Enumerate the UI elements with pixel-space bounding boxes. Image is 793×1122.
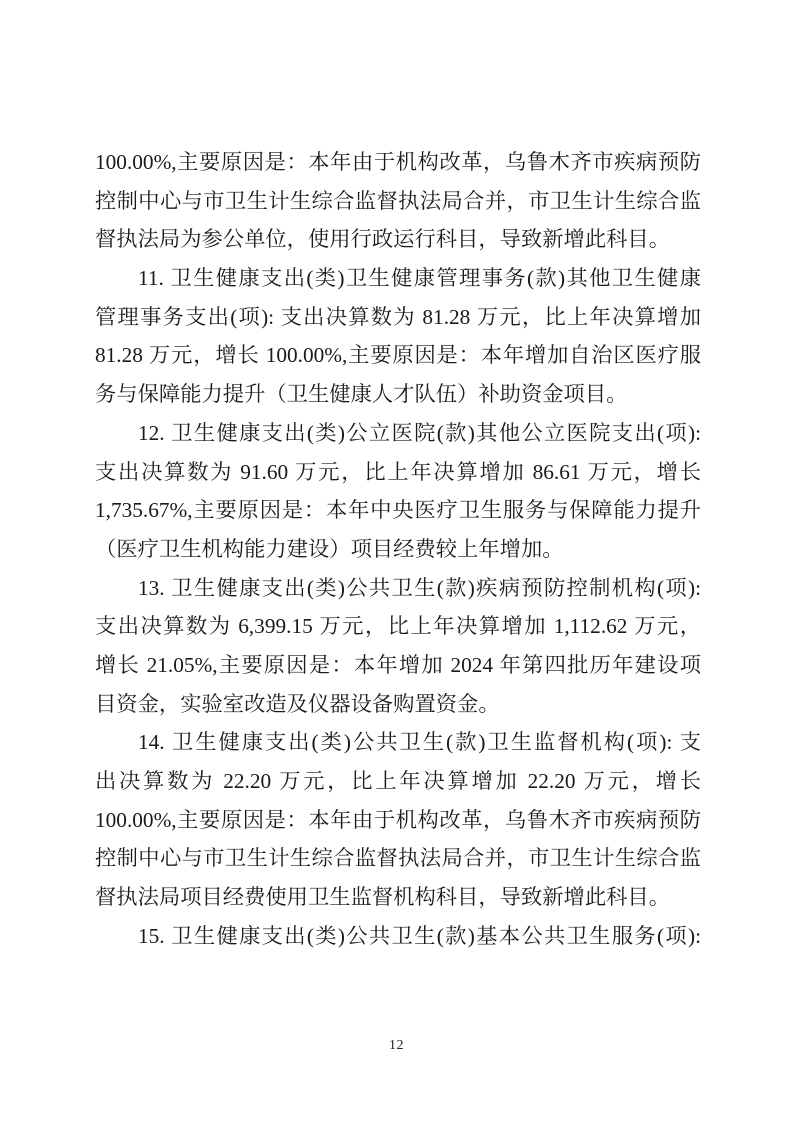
- text-line: 81.28 万元，增长 100.00%,主要原因是：本年增加自治区医疗服: [95, 336, 701, 375]
- paragraph: 11. 卫生健康支出(类)卫生健康管理事务(款)其他卫生健康 管理事务支出(项)…: [95, 259, 701, 414]
- text-line: 100.00%,主要原因是：本年由于机构改革，乌鲁木齐市疾病预防: [95, 801, 701, 840]
- text-line: 目资金，实验室改造及仪器设备购置资金。: [95, 685, 701, 724]
- text-line: 14. 卫生健康支出(类)公共卫生(款)卫生监督机构(项): 支: [95, 723, 701, 762]
- document-body: 100.00%,主要原因是：本年由于机构改革，乌鲁木齐市疾病预防 控制中心与市卫…: [95, 143, 701, 955]
- text-line: 督执法局为参公单位，使用行政运行科目，导致新增此科目。: [95, 220, 701, 259]
- text-line: 增长 21.05%,主要原因是：本年增加 2024 年第四批历年建设项: [95, 646, 701, 685]
- text-line: 11. 卫生健康支出(类)卫生健康管理事务(款)其他卫生健康: [95, 259, 701, 298]
- text-line: 支出决算数为 6,399.15 万元，比上年决算增加 1,112.62 万元，: [95, 607, 701, 646]
- text-line: 15. 卫生健康支出(类)公共卫生(款)基本公共卫生服务(项):: [95, 917, 701, 956]
- text-line: 13. 卫生健康支出(类)公共卫生(款)疾病预防控制机构(项):: [95, 569, 701, 608]
- text-line: 控制中心与市卫生计生综合监督执法局合并，市卫生计生综合监: [95, 839, 701, 878]
- text-line: 100.00%,主要原因是：本年由于机构改革，乌鲁木齐市疾病预防: [95, 143, 701, 182]
- paragraph: 13. 卫生健康支出(类)公共卫生(款)疾病预防控制机构(项): 支出决算数为 …: [95, 569, 701, 724]
- document-page: 100.00%,主要原因是：本年由于机构改革，乌鲁木齐市疾病预防 控制中心与市卫…: [0, 0, 793, 1122]
- paragraph: 100.00%,主要原因是：本年由于机构改革，乌鲁木齐市疾病预防 控制中心与市卫…: [95, 143, 701, 259]
- paragraph: 12. 卫生健康支出(类)公立医院(款)其他公立医院支出(项): 支出决算数为 …: [95, 414, 701, 569]
- text-line: 务与保障能力提升（卫生健康人才队伍）补助资金项目。: [95, 375, 701, 414]
- paragraph: 15. 卫生健康支出(类)公共卫生(款)基本公共卫生服务(项):: [95, 917, 701, 956]
- text-line: 控制中心与市卫生计生综合监督执法局合并，市卫生计生综合监: [95, 182, 701, 221]
- paragraph: 14. 卫生健康支出(类)公共卫生(款)卫生监督机构(项): 支 出决算数为 2…: [95, 723, 701, 916]
- text-line: （医疗卫生机构能力建设）项目经费较上年增加。: [95, 530, 701, 569]
- text-line: 支出决算数为 91.60 万元，比上年决算增加 86.61 万元，增长: [95, 453, 701, 492]
- text-line: 出决算数为 22.20 万元，比上年决算增加 22.20 万元，增长: [95, 762, 701, 801]
- text-line: 督执法局项目经费使用卫生监督机构科目，导致新增此科目。: [95, 878, 701, 917]
- page-number: 12: [389, 1038, 404, 1053]
- page-footer: 12: [0, 1036, 793, 1054]
- text-line: 1,735.67%,主要原因是：本年中央医疗卫生服务与保障能力提升: [95, 491, 701, 530]
- text-line: 管理事务支出(项): 支出决算数为 81.28 万元，比上年决算增加: [95, 298, 701, 337]
- text-line: 12. 卫生健康支出(类)公立医院(款)其他公立医院支出(项):: [95, 414, 701, 453]
